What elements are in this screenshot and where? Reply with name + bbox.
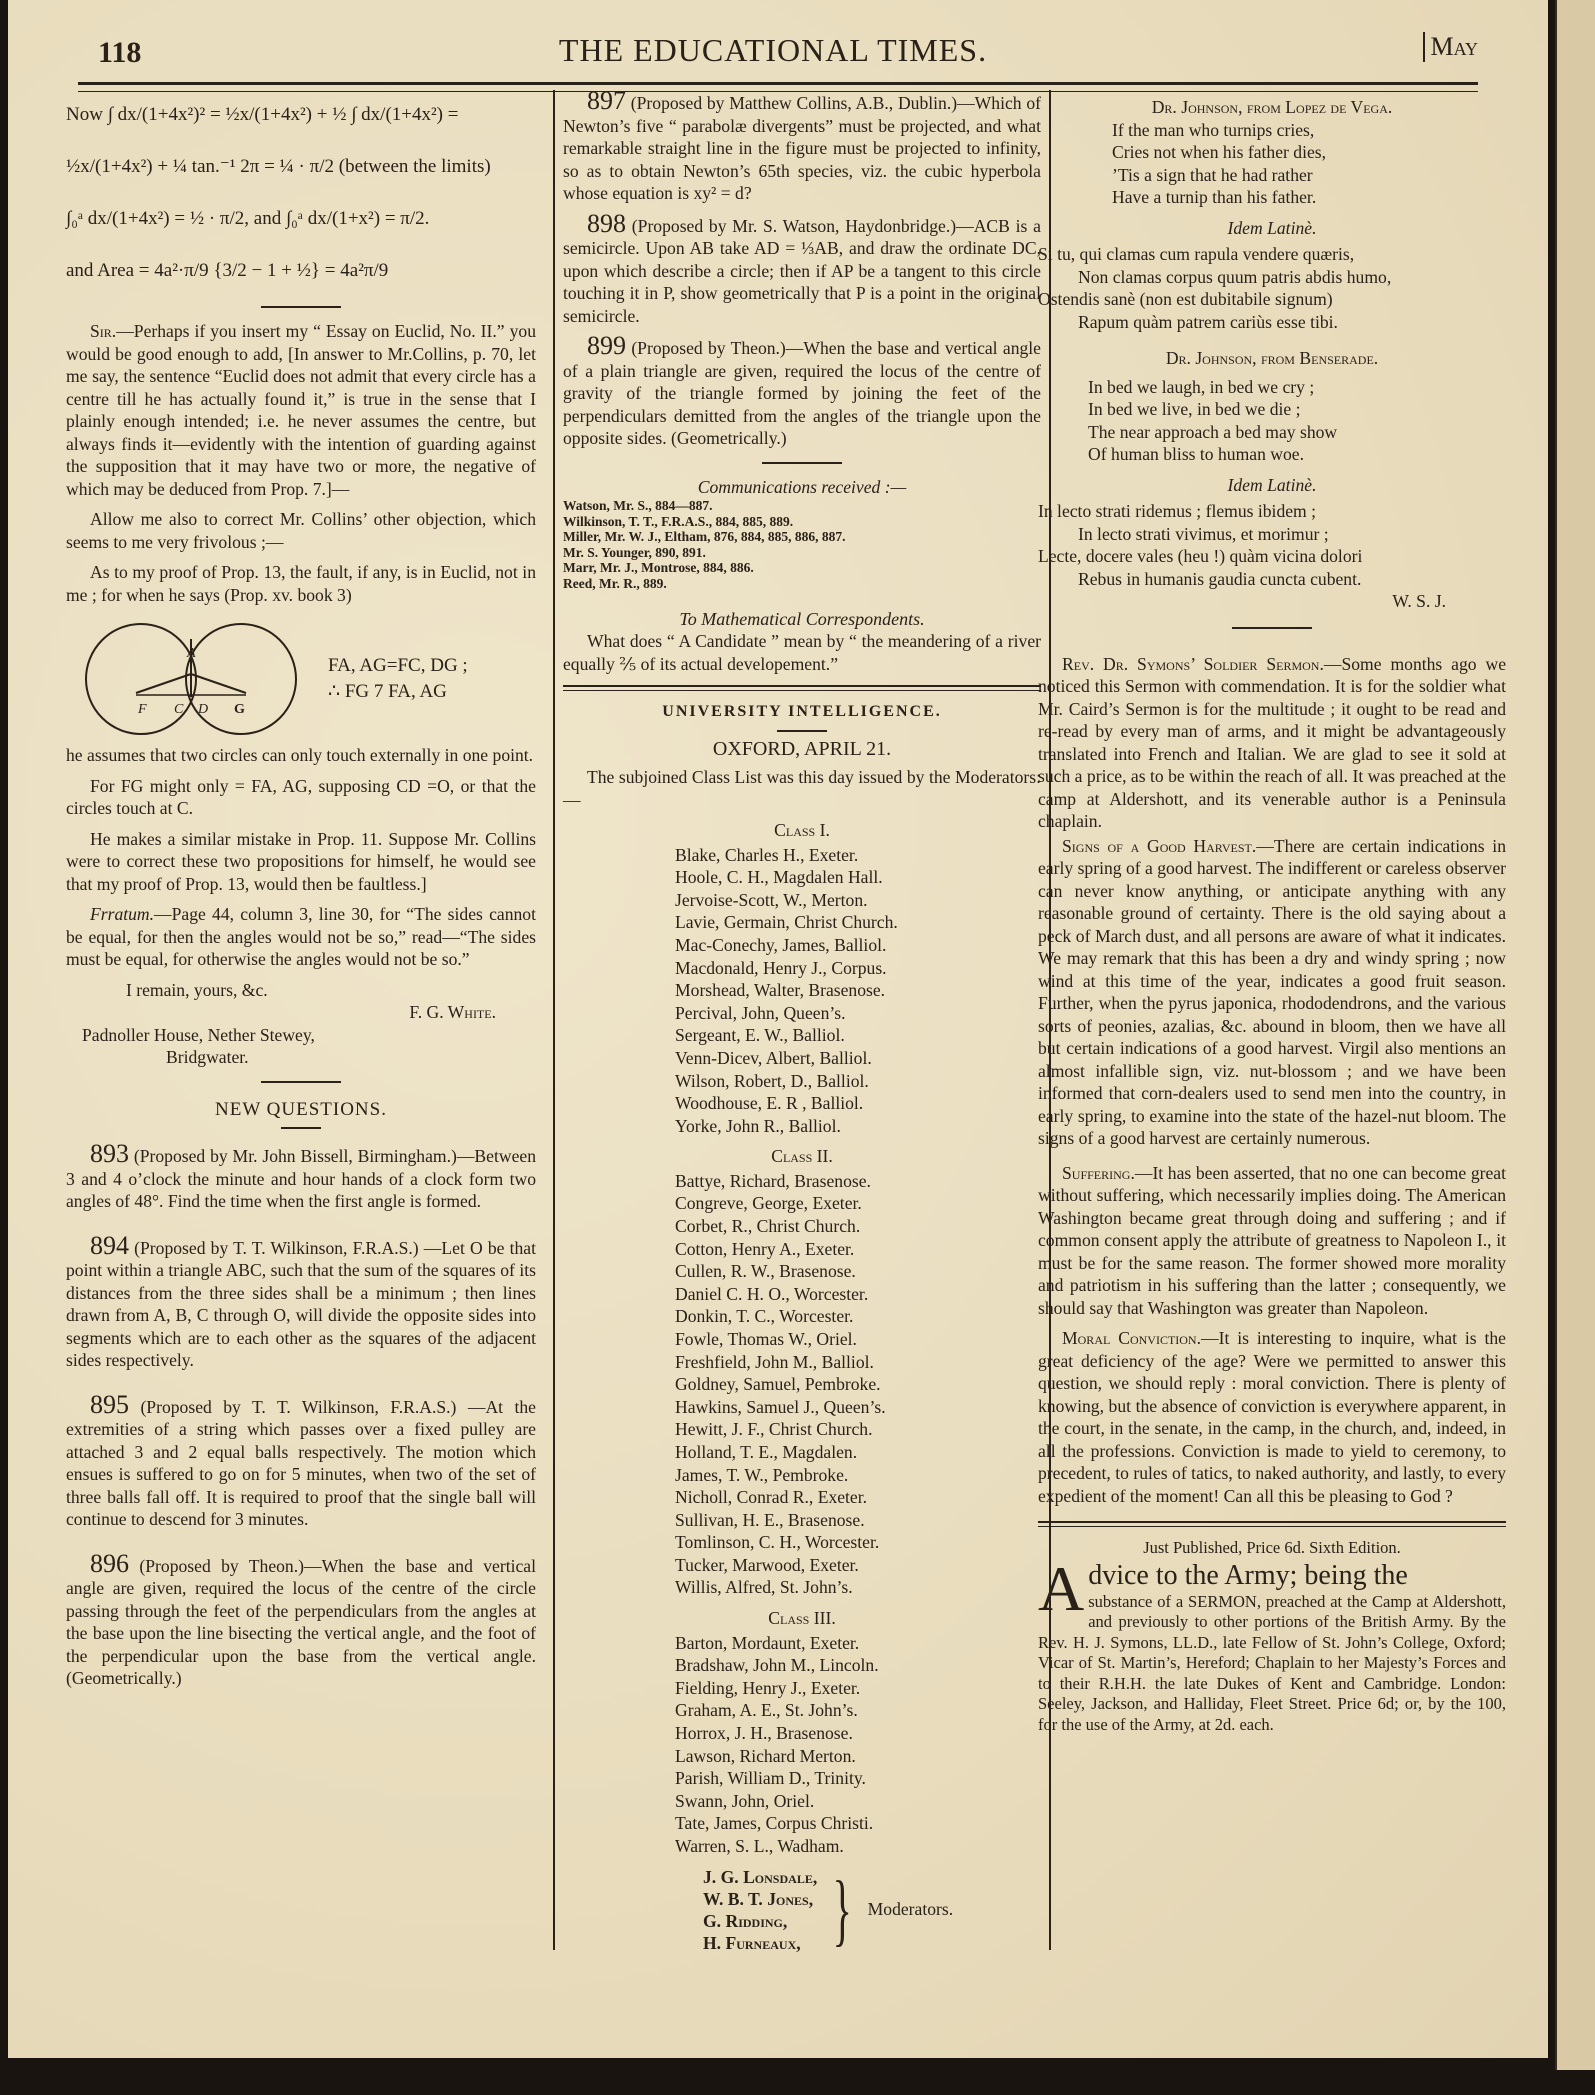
class-list-entry: Lawson, Richard Merton. <box>675 1745 1041 1768</box>
brace-icon: } <box>833 1870 852 1950</box>
poem-line: ’Tis a sign that he had rather <box>1112 164 1506 187</box>
article-harvest: Signs of a Good Harvest.—There are certa… <box>1038 835 1506 1150</box>
letter-signature: F. G. White. <box>66 1001 536 1024</box>
poem-line: In bed we live, in bed we die ; <box>1088 398 1506 421</box>
class-list-entry: Venn-Dicev, Albert, Balliol. <box>675 1047 1041 1070</box>
class-list-entry: Tucker, Marwood, Exeter. <box>675 1554 1041 1577</box>
class-list-entry: Nicholl, Conrad R., Exeter. <box>675 1486 1041 1509</box>
class-2-list: Battye, Richard, Brasenose. Congreve, Ge… <box>563 1170 1041 1599</box>
letter-paragraph: Allow me also to correct Mr. Collins’ ot… <box>66 508 536 553</box>
class-list-entry: Macdonald, Henry J., Corpus. <box>675 957 1041 980</box>
class-list-entry: Willis, Alfred, St. John’s. <box>675 1576 1041 1599</box>
class-list-entry: Congreve, George, Exeter. <box>675 1192 1041 1215</box>
class-list-entry: Fowle, Thomas W., Oriel. <box>675 1328 1041 1351</box>
svg-text:G: G <box>234 702 245 717</box>
moderator-name: W. B. T. Jones, <box>703 1888 817 1910</box>
svg-text:A: A <box>186 646 196 661</box>
class-list-entry: Swann, John, Oriel. <box>675 1790 1041 1813</box>
class-list-entry: Holland, T. E., Magdalen. <box>675 1441 1041 1464</box>
class-list-entry: Donkin, T. C., Worcester. <box>675 1305 1041 1328</box>
advert: A dvice to the Army; being the substance… <box>1038 1560 1506 1736</box>
poem-2-latin: In lecto strati ridemus ; flemus ibidem … <box>1038 500 1506 590</box>
poem-line: Have a turnip than his father. <box>1112 186 1506 209</box>
masthead-title: THE EDUCATIONAL TIMES. <box>68 32 1478 69</box>
letter-paragraph: He makes a similar mistake in Prop. 11. … <box>66 828 536 896</box>
column-2: 897 (Proposed by Matthew Collins, A.B., … <box>553 90 1051 1950</box>
class-list-entry: Parish, William D., Trinity. <box>675 1767 1041 1790</box>
class-list-entry: Tomlinson, C. H., Worcester. <box>675 1531 1041 1554</box>
latin-heading: Idem Latinè. <box>1038 474 1506 497</box>
advert-top: Just Published, Price 6d. Sixth Edition. <box>1038 1537 1506 1560</box>
article-suffering: Suffering.—It has been asserted, that no… <box>1038 1162 1506 1320</box>
communication-entry: Marr, Mr. J., Montrose, 884, 886. <box>563 560 1041 576</box>
newspaper-page: 118 THE EDUCATIONAL TIMES. May Now ∫ dx/… <box>8 0 1548 2058</box>
poem-2-lines: In bed we laugh, in bed we cry ; In bed … <box>1038 376 1506 466</box>
class-3-heading: Class III. <box>563 1607 1041 1630</box>
column-3: Dr. Johnson, from Lopez de Vega. If the … <box>1038 92 1506 1735</box>
communication-entry: Reed, Mr. R., 889. <box>563 576 1041 592</box>
moderator-name: G. Ridding, <box>703 1910 817 1932</box>
communication-entry: Watson, Mr. S., 884—887. <box>563 498 1041 514</box>
letter-paragraph: As to my proof of Prop. 13, the fault, i… <box>66 561 536 606</box>
class-list-entry: Hoole, C. H., Magdalen Hall. <box>675 866 1041 889</box>
question-898: 898 (Proposed by Mr. S. Watson, Haydonbr… <box>563 213 1041 328</box>
class-list-entry: Battye, Richard, Brasenose. <box>675 1170 1041 1193</box>
question-896: 896 (Proposed by Theon.)—When the base a… <box>66 1553 536 1690</box>
poem-line: Lecte, docere vales (heu !) quàm vicina … <box>1038 545 1506 568</box>
moderator-name: H. Furneaux, <box>703 1932 817 1954</box>
class-list-entry: Hewitt, J. F., Christ Church. <box>675 1418 1041 1441</box>
class-list-entry: Tate, James, Corpus Christi. <box>675 1812 1041 1835</box>
svg-text:C: C <box>174 702 184 717</box>
communications-list: Watson, Mr. S., 884—887. Wilkinson, T. T… <box>563 498 1041 592</box>
university-heading: UNIVERSITY INTELLIGENCE. <box>563 701 1041 724</box>
class-list-entry: Horrox, J. H., Brasenose. <box>675 1722 1041 1745</box>
poem-line: In bed we laugh, in bed we cry ; <box>1088 376 1506 399</box>
class-list-entry: Hawkins, Samuel J., Queen’s. <box>675 1396 1041 1419</box>
page-header: 118 THE EDUCATIONAL TIMES. May <box>68 24 1478 74</box>
poem-1-latin: Si tu, qui clamas cum rapula vendere quæ… <box>1038 243 1506 333</box>
oxford-date-heading: OXFORD, APRIL 21. <box>563 738 1041 761</box>
new-questions-heading: NEW QUESTIONS. <box>66 1099 536 1122</box>
communication-entry: Wilkinson, T. T., F.R.A.S., 884, 885, 88… <box>563 514 1041 530</box>
section-divider <box>777 730 827 732</box>
section-divider <box>261 1081 341 1083</box>
svg-text:F: F <box>137 702 147 717</box>
class-list-entry: Goldney, Samuel, Pembroke. <box>675 1373 1041 1396</box>
advert-body: substance of a SERMON, preached at the C… <box>1038 1592 1506 1736</box>
poem-line: Si tu, qui clamas cum rapula vendere quæ… <box>1038 243 1506 266</box>
latin-heading: Idem Latinè. <box>1038 217 1506 240</box>
class-list-entry: Daniel C. H. O., Worcester. <box>675 1283 1041 1306</box>
section-divider <box>281 1127 321 1129</box>
question-894: 894 (Proposed by T. T. Wilkinson, F.R.A.… <box>66 1235 536 1372</box>
poem-line: Ostendis sanè (non est dubitabile signum… <box>1038 288 1506 311</box>
class-list-entry: Percival, John, Queen’s. <box>675 1002 1041 1025</box>
class-list-entry: Cullen, R. W., Brasenose. <box>675 1260 1041 1283</box>
poem-signature: W. S. J. <box>1038 590 1506 613</box>
class-list-entry: Mac-Conechy, James, Balliol. <box>675 934 1041 957</box>
class-list-entry: Morshead, Walter, Brasenose. <box>675 979 1041 1002</box>
two-circles-diagram-icon: A F C D G <box>66 619 316 739</box>
equation-line-4: and Area = 4a²·π/9 {3/2 − 1 + ½} = 4a²π/… <box>66 248 536 294</box>
poem-line: The near approach a bed may show <box>1088 421 1506 444</box>
equation-line-2: ½x/(1+4x²) + ¼ tan.⁻¹ 2π = ¼ · π/2 (betw… <box>66 144 536 190</box>
class-list-entry: Lavie, Germain, Christ Church. <box>675 911 1041 934</box>
class-list-entry: Sullivan, H. E., Brasenose. <box>675 1509 1041 1532</box>
erratum: Frratum.—Page 44, column 3, line 30, for… <box>66 903 536 971</box>
figure-equation-2: ∴ FG 7 FA, AG <box>328 679 468 705</box>
class-list-entry: Warren, S. L., Wadham. <box>675 1835 1041 1858</box>
section-divider <box>1232 627 1312 629</box>
class-1-list: Blake, Charles H., Exeter. Hoole, C. H.,… <box>563 844 1041 1138</box>
letter-closing: I remain, yours, &c. <box>66 979 536 1002</box>
column-1: Now ∫ dx/(1+4x²)² = ½x/(1+4x²) + ½ ∫ dx/… <box>66 92 536 1698</box>
dropcap: A <box>1038 1560 1084 1618</box>
class-list-entry: Corbet, R., Christ Church. <box>675 1215 1041 1238</box>
class-list-entry: Wilson, Robert, D., Balliol. <box>675 1070 1041 1093</box>
article-moral-conviction: Moral Conviction.—It is interesting to i… <box>1038 1327 1506 1507</box>
class-list-entry: Woodhouse, E. R , Balliol. <box>675 1092 1041 1115</box>
poem-line: Rapum quàm patrem cariùs esse tibi. <box>1038 311 1506 334</box>
class-list-entry: James, T. W., Pembroke. <box>675 1464 1041 1487</box>
section-divider <box>261 306 341 308</box>
class-list-entry: Blake, Charles H., Exeter. <box>675 844 1041 867</box>
class-1-heading: Class I. <box>563 819 1041 842</box>
question-897: 897 (Proposed by Matthew Collins, A.B., … <box>563 90 1041 205</box>
class-list-entry: Fielding, Henry J., Exeter. <box>675 1677 1041 1700</box>
class-list-entry: Freshfield, John M., Balliol. <box>675 1351 1041 1374</box>
letter-address-1: Padnoller House, Nether Stewey, <box>66 1024 536 1047</box>
poem-line: Non clamas corpus quum patris abdis humo… <box>1038 266 1506 289</box>
class-list-entry: Graham, A. E., St. John’s. <box>675 1699 1041 1722</box>
communication-entry: Miller, Mr. W. J., Eltham, 876, 884, 885… <box>563 529 1041 545</box>
double-rule <box>563 685 1041 691</box>
class-2-heading: Class II. <box>563 1145 1041 1168</box>
class-list-entry: Barton, Mordaunt, Exeter. <box>675 1632 1041 1655</box>
book-spine <box>1555 0 1595 2070</box>
circles-figure: A F C D G FA, AG=FC, DG ; ∴ FG 7 FA, AG <box>66 614 536 744</box>
letter-paragraph: Sir.—Perhaps if you insert my “ Essay on… <box>66 320 536 500</box>
section-divider <box>762 462 842 464</box>
poem-line: In lecto strati ridemus ; flemus ibidem … <box>1038 500 1506 523</box>
class-list-intro: The subjoined Class List was this day is… <box>563 766 1041 811</box>
class-list-entry: Cotton, Henry A., Exeter. <box>675 1238 1041 1261</box>
svg-text:D: D <box>197 702 208 717</box>
letter-address-2: Bridgwater. <box>66 1046 536 1069</box>
double-rule <box>1038 1521 1506 1527</box>
equation-line-1: Now ∫ dx/(1+4x²)² = ½x/(1+4x²) + ½ ∫ dx/… <box>66 92 536 138</box>
poem-line: Rebus in humanis gaudia cuncta cubent. <box>1038 568 1506 591</box>
figure-equation-1: FA, AG=FC, DG ; <box>328 653 468 679</box>
poem-2-heading: Dr. Johnson, from Benserade. <box>1038 347 1506 370</box>
question-895: 895 (Proposed by T. T. Wilkinson, F.R.A.… <box>66 1394 536 1531</box>
issue-month: May <box>1423 32 1478 62</box>
correspondents-heading: To Mathematical Correspondents. <box>563 608 1041 631</box>
class-list-entry: Sergeant, E. W., Balliol. <box>675 1024 1041 1047</box>
poem-line: If the man who turnips cries, <box>1112 119 1506 142</box>
poem-1-heading: Dr. Johnson, from Lopez de Vega. <box>1038 96 1506 119</box>
class-list-entry: Jervoise-Scott, W., Merton. <box>675 889 1041 912</box>
poem-line: In lecto strati vivimus, et morimur ; <box>1038 523 1506 546</box>
communication-entry: Mr. S. Younger, 890, 891. <box>563 545 1041 561</box>
equation-line-3: ∫₀ᵃ dx/(1+4x²) = ½ · π/2, and ∫₀ᵃ dx/(1+… <box>66 196 536 242</box>
moderators-label: Moderators. <box>868 1898 954 1921</box>
question-899: 899 (Proposed by Theon.)—When the base a… <box>563 335 1041 450</box>
letter-paragraph: he assumes that two circles can only tou… <box>66 744 536 767</box>
advert-headline: dvice to the Army; being the <box>1038 1560 1506 1592</box>
letter-paragraph: For FG might only = FA, AG, supposing CD… <box>66 775 536 820</box>
question-893: 893 (Proposed by Mr. John Bissell, Birmi… <box>66 1143 536 1213</box>
poem-line: Cries not when his father dies, <box>1112 141 1506 164</box>
article-sermon: Rev. Dr. Symons’ Soldier Sermon.—Some mo… <box>1038 653 1506 833</box>
poem-line: Of human bliss to human woe. <box>1088 443 1506 466</box>
poem-1-lines: If the man who turnips cries, Cries not … <box>1038 119 1506 209</box>
class-3-list: Barton, Mordaunt, Exeter. Bradshaw, John… <box>563 1632 1041 1858</box>
communications-heading: Communications received :— <box>563 476 1041 499</box>
class-list-entry: Yorke, John R., Balliol. <box>675 1115 1041 1138</box>
moderator-name: J. G. Lonsdale, <box>703 1866 817 1888</box>
class-list-entry: Bradshaw, John M., Lincoln. <box>675 1654 1041 1677</box>
moderators-block: J. G. Lonsdale, W. B. T. Jones, G. Riddi… <box>703 1866 1041 1954</box>
correspondents-note: What does “ A Candidate ” mean by “ the … <box>563 630 1041 675</box>
